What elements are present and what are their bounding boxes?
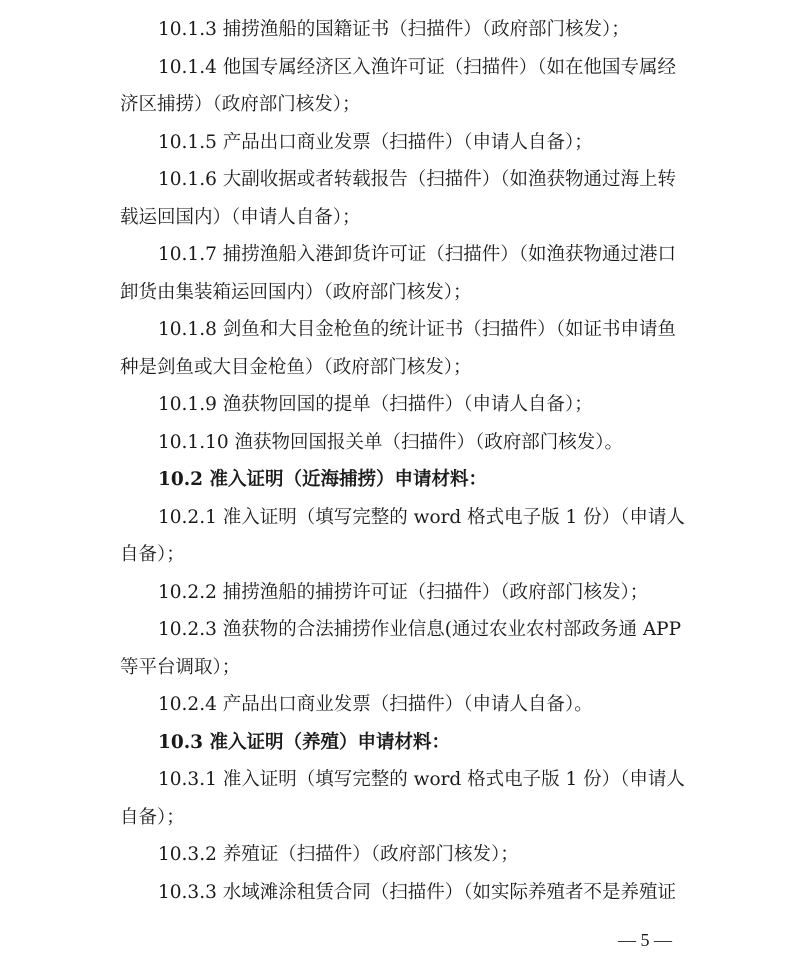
item-10-1-9: 10.1.9 渔获物回国的提单（扫描件）（申请人自备）；: [158, 386, 672, 424]
item-10-1-7-continued: 卸货由集装箱运回国内）（政府部门核发）；: [120, 274, 672, 312]
item-10-1-3: 10.1.3 捕捞渔船的国籍证书（扫描件）（政府部门核发）；: [158, 11, 672, 49]
item-10-1-4: 10.1.4 他国专属经济区入渔许可证（扫描件）（如在他国专属经: [158, 49, 672, 87]
item-10-3-1: 10.3.1 准入证明（填写完整的 word 格式电子版 1 份）（申请人: [158, 761, 672, 799]
item-10-2-2: 10.2.2 捕捞渔船的捕捞许可证（扫描件）（政府部门核发）；: [158, 574, 672, 612]
item-10-2-3: 10.2.3 渔获物的合法捕捞作业信息(通过农业农村部政务通 APP: [158, 611, 672, 649]
item-10-3-1-continued: 自备）；: [120, 799, 672, 837]
item-10-2-3-continued: 等平台调取）；: [120, 649, 672, 687]
item-10-1-6-continued: 载运回国内）（申请人自备）；: [120, 199, 672, 237]
item-10-2-1: 10.2.1 准入证明（填写完整的 word 格式电子版 1 份）（申请人: [158, 499, 672, 537]
item-10-1-5: 10.1.5 产品出口商业发票（扫描件）（申请人自备）；: [158, 124, 672, 162]
document-page: 10.1.3 捕捞渔船的国籍证书（扫描件）（政府部门核发）； 10.1.4 他国…: [0, 0, 794, 954]
section-heading-10-3: 10.3 准入证明（养殖）申请材料：: [158, 724, 672, 762]
item-10-3-3: 10.3.3 水域滩涂租赁合同（扫描件）（如实际养殖者不是养殖证: [158, 874, 672, 912]
item-10-2-4: 10.2.4 产品出口商业发票（扫描件）（申请人自备）。: [158, 686, 672, 724]
item-10-1-8: 10.1.8 剑鱼和大目金枪鱼的统计证书（扫描件）（如证书申请鱼: [158, 311, 672, 349]
item-10-1-10: 10.1.10 渔获物回国报关单（扫描件）（政府部门核发）。: [158, 424, 672, 462]
section-heading-10-2: 10.2 准入证明（近海捕捞）申请材料：: [158, 461, 672, 499]
page-number: — 5 —: [605, 926, 685, 954]
item-10-1-8-continued: 种是剑鱼或大目金枪鱼）（政府部门核发）；: [120, 349, 672, 387]
item-10-1-7: 10.1.7 捕捞渔船入港卸货许可证（扫描件）（如渔获物通过港口: [158, 236, 672, 274]
item-10-3-2: 10.3.2 养殖证（扫描件）（政府部门核发）；: [158, 836, 672, 874]
item-10-1-4-continued: 济区捕捞）（政府部门核发）；: [120, 86, 672, 124]
item-10-2-1-continued: 自备）；: [120, 536, 672, 574]
item-10-1-6: 10.1.6 大副收据或者转载报告（扫描件）（如渔获物通过海上转: [158, 161, 672, 199]
